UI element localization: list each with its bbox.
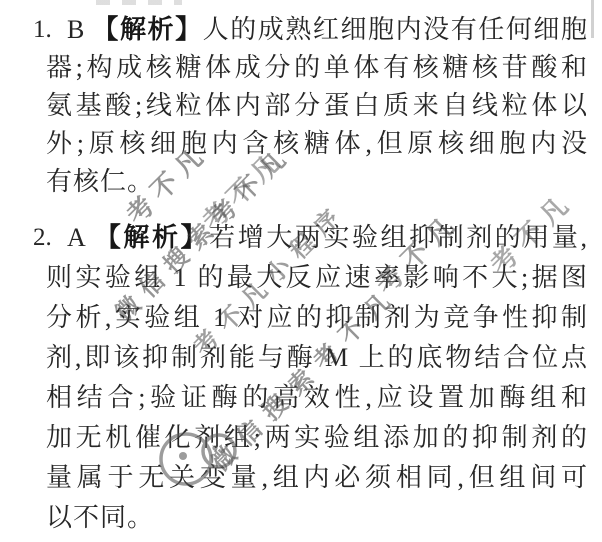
answer-line: 以不同。 bbox=[46, 498, 588, 538]
analysis-marker: 【解析】 bbox=[95, 223, 209, 252]
answer-entry: 1.B 【解析】人的成熟红细胞内没有任何细胞器;构成核糖体成分的单体有核糖核苷酸… bbox=[46, 11, 588, 201]
answer-line: 氨基酸;线粒体内部分蛋白质来自线粒体以 bbox=[46, 87, 588, 125]
answer-line: 分析,实验组 1 对应的抑制剂为竞争性抑制 bbox=[46, 298, 588, 338]
answer-line: 外;原核细胞内含核糖体,但原核细胞内没 bbox=[46, 125, 588, 163]
question-number: 2. bbox=[46, 218, 52, 258]
answer-sheet: 1.B 【解析】人的成熟红细胞内没有任何细胞器;构成核糖体成分的单体有核糖核苷酸… bbox=[0, 0, 602, 542]
answer-text: 若增大两实验组抑制剂的用量, bbox=[209, 223, 588, 252]
entries: 1.B 【解析】人的成熟红细胞内没有任何细胞器;构成核糖体成分的单体有核糖核苷酸… bbox=[46, 11, 588, 538]
answer-letter: A bbox=[67, 223, 86, 252]
question-number: 1. bbox=[46, 11, 52, 49]
answer-text: 人的成熟红细胞内没有任何细胞 bbox=[203, 15, 588, 44]
answer-line: 量属于无关变量,组内必须相同,但组间可 bbox=[46, 458, 588, 498]
answer-line: 1.B 【解析】人的成熟红细胞内没有任何细胞 bbox=[46, 11, 588, 49]
answer-line: 相结合;验证酶的高效性,应设置加酶组和 bbox=[46, 378, 588, 418]
answer-line: 剂,即该抑制剂能与酶 M 上的底物结合位点 bbox=[46, 338, 588, 378]
analysis-marker: 【解析】 bbox=[92, 15, 202, 44]
answer-letter: B bbox=[67, 15, 84, 44]
answer-line: 加无机催化剂组;两实验组添加的抑制剂的 bbox=[46, 418, 588, 458]
answer-entry: 2.A 【解析】若增大两实验组抑制剂的用量,则实验组 1 的最大反应速率影响不大… bbox=[46, 218, 588, 538]
answer-line: 则实验组 1 的最大反应速率影响不大;据图 bbox=[46, 258, 588, 298]
answer-line: 2.A 【解析】若增大两实验组抑制剂的用量, bbox=[46, 218, 588, 258]
answer-line: 器;构成核糖体成分的单体有核糖核苷酸和 bbox=[46, 49, 588, 87]
answer-line: 有核仁。 bbox=[46, 163, 588, 201]
